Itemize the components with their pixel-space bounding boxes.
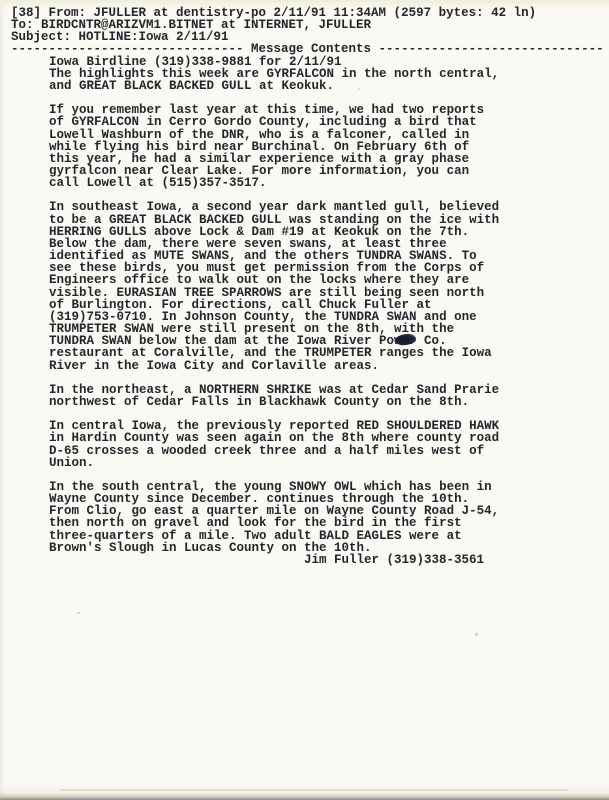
document-text: [38] From: JFULLER at dentistry-po 2/11/… (11, 7, 609, 566)
scan-bottom-edge (0, 793, 609, 800)
paper-speck (77, 612, 80, 614)
message-paragraph-gyrfalcon: If you remember last year at this time, … (49, 104, 609, 189)
signature-line: Jim Fuller (319)338-3561 (304, 554, 609, 566)
message-contents-separator: ------------------------------- Message … (11, 43, 609, 55)
scanned-email-page: [38] From: JFULLER at dentistry-po 2/11/… (0, 0, 609, 800)
message-paragraph-northeast: In the northeast, a NORTHERN SHRIKE was … (49, 384, 609, 408)
message-paragraph-highlights: Iowa Birdline (319)338-9881 for 2/11/91 … (49, 56, 609, 92)
message-paragraph-southeast: In southeast Iowa, a second year dark ma… (49, 201, 609, 371)
scan-bottom-stain (60, 789, 569, 791)
paper-speck (358, 88, 360, 90)
message-paragraph-central: In central Iowa, the previously reported… (49, 420, 609, 469)
paper-speck (475, 633, 478, 636)
message-paragraph-south-central: In the south central, the young SNOWY OW… (49, 481, 609, 554)
email-header: [38] From: JFULLER at dentistry-po 2/11/… (11, 7, 609, 43)
message-body: Iowa Birdline (319)338-9881 for 2/11/91 … (49, 56, 609, 566)
